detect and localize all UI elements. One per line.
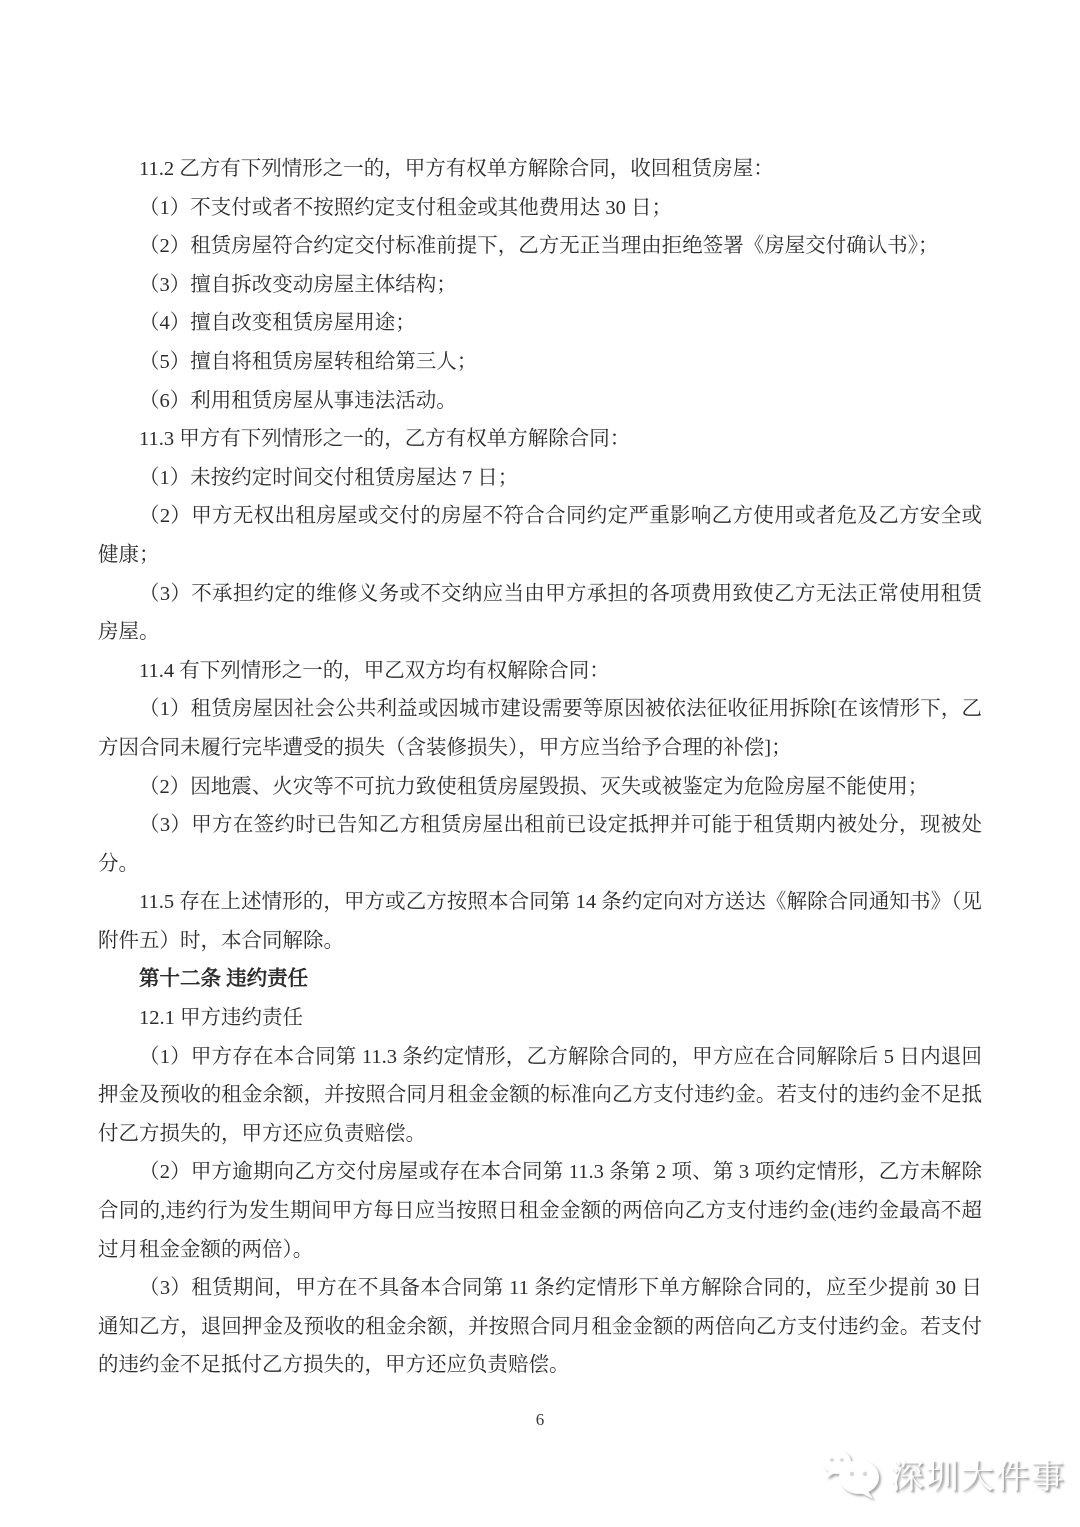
- clause-paragraph: （3）甲方在签约时已告知乙方租赁房屋出租前已设定抵押并可能于租赁期内被处分，现被…: [98, 806, 982, 883]
- clause-paragraph: 11.4 有下列情形之一的，甲乙双方均有权解除合同：: [98, 652, 982, 691]
- clause-paragraph: 11.2 乙方有下列情形之一的，甲方有权单方解除合同，收回租赁房屋：: [98, 150, 982, 189]
- page-number: 6: [0, 1410, 1080, 1430]
- clause-paragraph: （2）甲方无权出租房屋或交付的房屋不符合合同约定严重影响乙方使用或者危及乙方安全…: [98, 497, 982, 574]
- clause-paragraph: 11.3 甲方有下列情形之一的，乙方有权单方解除合同：: [98, 420, 982, 459]
- clause-paragraph: （3）不承担约定的维修义务或不交纳应当由甲方承担的各项费用致使乙方无法正常使用租…: [98, 575, 982, 652]
- clause-paragraph: （1）租赁房屋因社会公共利益或因城市建设需要等原因被依法征收征用拆除[在该情形下…: [98, 690, 982, 767]
- watermark-label: 深圳大件事: [891, 1451, 1066, 1498]
- clause-paragraph: （1）不支付或者不按照约定支付租金或其他费用达 30 日；: [98, 189, 982, 228]
- clause-paragraph: （1）未按约定时间交付租赁房屋达 7 日；: [98, 459, 982, 498]
- clause-paragraph: 12.1 甲方违约责任: [98, 999, 982, 1038]
- clause-paragraph: （3）擅自拆改变动房屋主体结构；: [98, 266, 982, 305]
- wechat-logo-icon: [821, 1447, 883, 1501]
- clause-paragraph: （2）租赁房屋符合约定交付标准前提下，乙方无正当理由拒绝签署《房屋交付确认书》；: [98, 227, 982, 266]
- article-12-heading: 第十二条 违约责任: [98, 960, 982, 999]
- clause-paragraph: （6）利用租赁房屋从事违法活动。: [98, 382, 982, 421]
- document-body: 11.2 乙方有下列情形之一的，甲方有权单方解除合同，收回租赁房屋： （1）不支…: [98, 150, 982, 1385]
- clause-paragraph: 11.5 存在上述情形的，甲方或乙方按照本合同第 14 条约定向对方送达《解除合…: [98, 883, 982, 960]
- clause-paragraph: （1）甲方存在本合同第 11.3 条约定情形，乙方解除合同的，甲方应在合同解除后…: [98, 1038, 982, 1154]
- clause-paragraph: （3）租赁期间，甲方在不具备本合同第 11 条约定情形下单方解除合同的，应至少提…: [98, 1269, 982, 1385]
- watermark: 深圳大件事: [821, 1447, 1066, 1501]
- clause-paragraph: （5）擅自将租赁房屋转租给第三人；: [98, 343, 982, 382]
- contract-page: 11.2 乙方有下列情形之一的，甲方有权单方解除合同，收回租赁房屋： （1）不支…: [0, 0, 1080, 1527]
- clause-paragraph: （2）因地震、火灾等不可抗力致使租赁房屋毁损、灭失或被鉴定为危险房屋不能使用；: [98, 768, 982, 807]
- clause-paragraph: （4）擅自改变租赁房屋用途；: [98, 304, 982, 343]
- clause-paragraph: （2）甲方逾期向乙方交付房屋或存在本合同第 11.3 条第 2 项、第 3 项约…: [98, 1153, 982, 1269]
